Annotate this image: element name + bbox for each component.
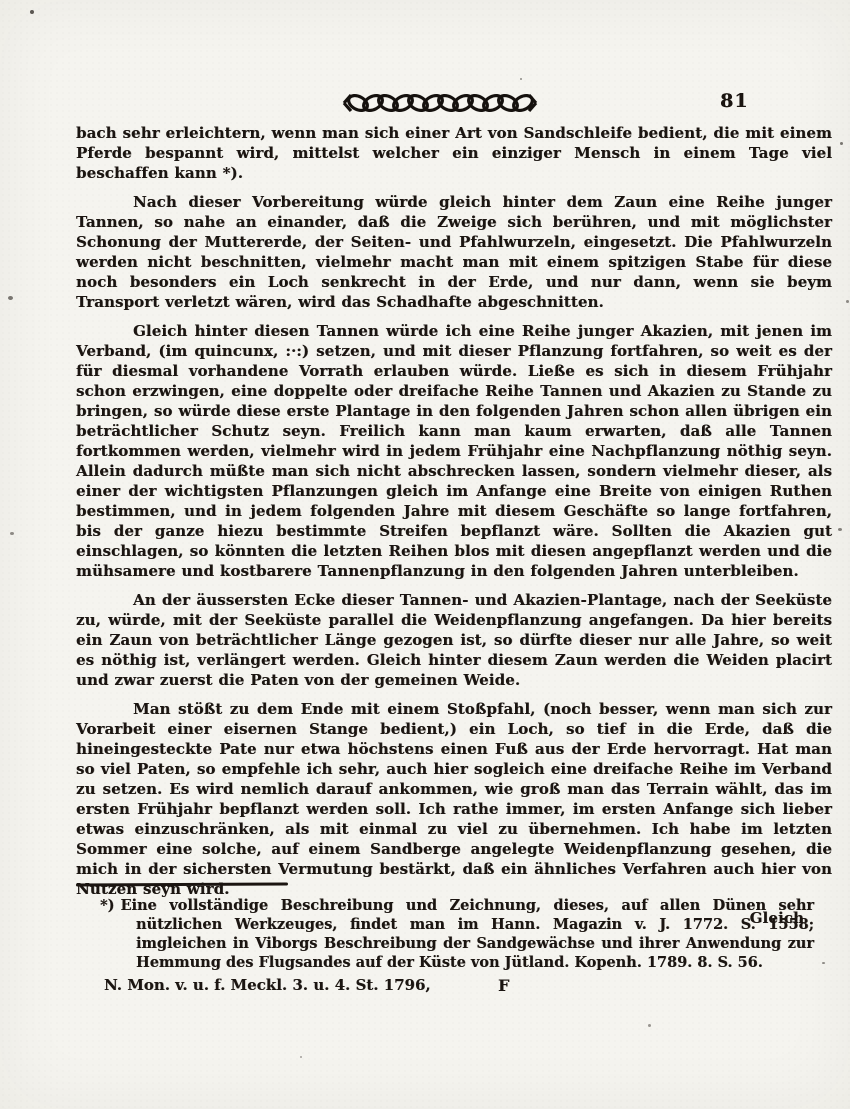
body-paragraph: Gleich hinter diesen Tannen würde ich ei…: [76, 321, 832, 581]
page-footer: N. Mon. v. u. f. Meckl. 3. u. 4. St. 179…: [76, 976, 832, 1002]
body-paragraph: An der äussersten Ecke dieser Tannen- un…: [76, 590, 832, 690]
footnote-text: Eine vollständige Beschreibung und Zeich…: [120, 897, 814, 971]
signature-mark: F: [498, 976, 509, 995]
journal-reference: N. Mon. v. u. f. Meckl. 3. u. 4. St. 179…: [104, 976, 431, 994]
body-paragraph: Nach dieser Vorbereitung würde gleich hi…: [76, 192, 832, 312]
page-number: 81: [720, 90, 748, 112]
body-paragraph: Man stößt zu dem Ende mit einem Stoßpfah…: [76, 699, 832, 899]
footnote-marker: *): [100, 897, 120, 914]
braided-chain-ornament-icon: [340, 88, 540, 118]
footnote: *)Eine vollständige Beschreibung und Zei…: [100, 896, 814, 972]
page-body: bach sehr erleichtern, wenn man sich ein…: [76, 123, 832, 937]
scanned-book-page: 81 bach sehr erleichtern, wenn man sich …: [0, 0, 850, 1109]
body-paragraph: bach sehr erleichtern, wenn man sich ein…: [76, 123, 832, 183]
